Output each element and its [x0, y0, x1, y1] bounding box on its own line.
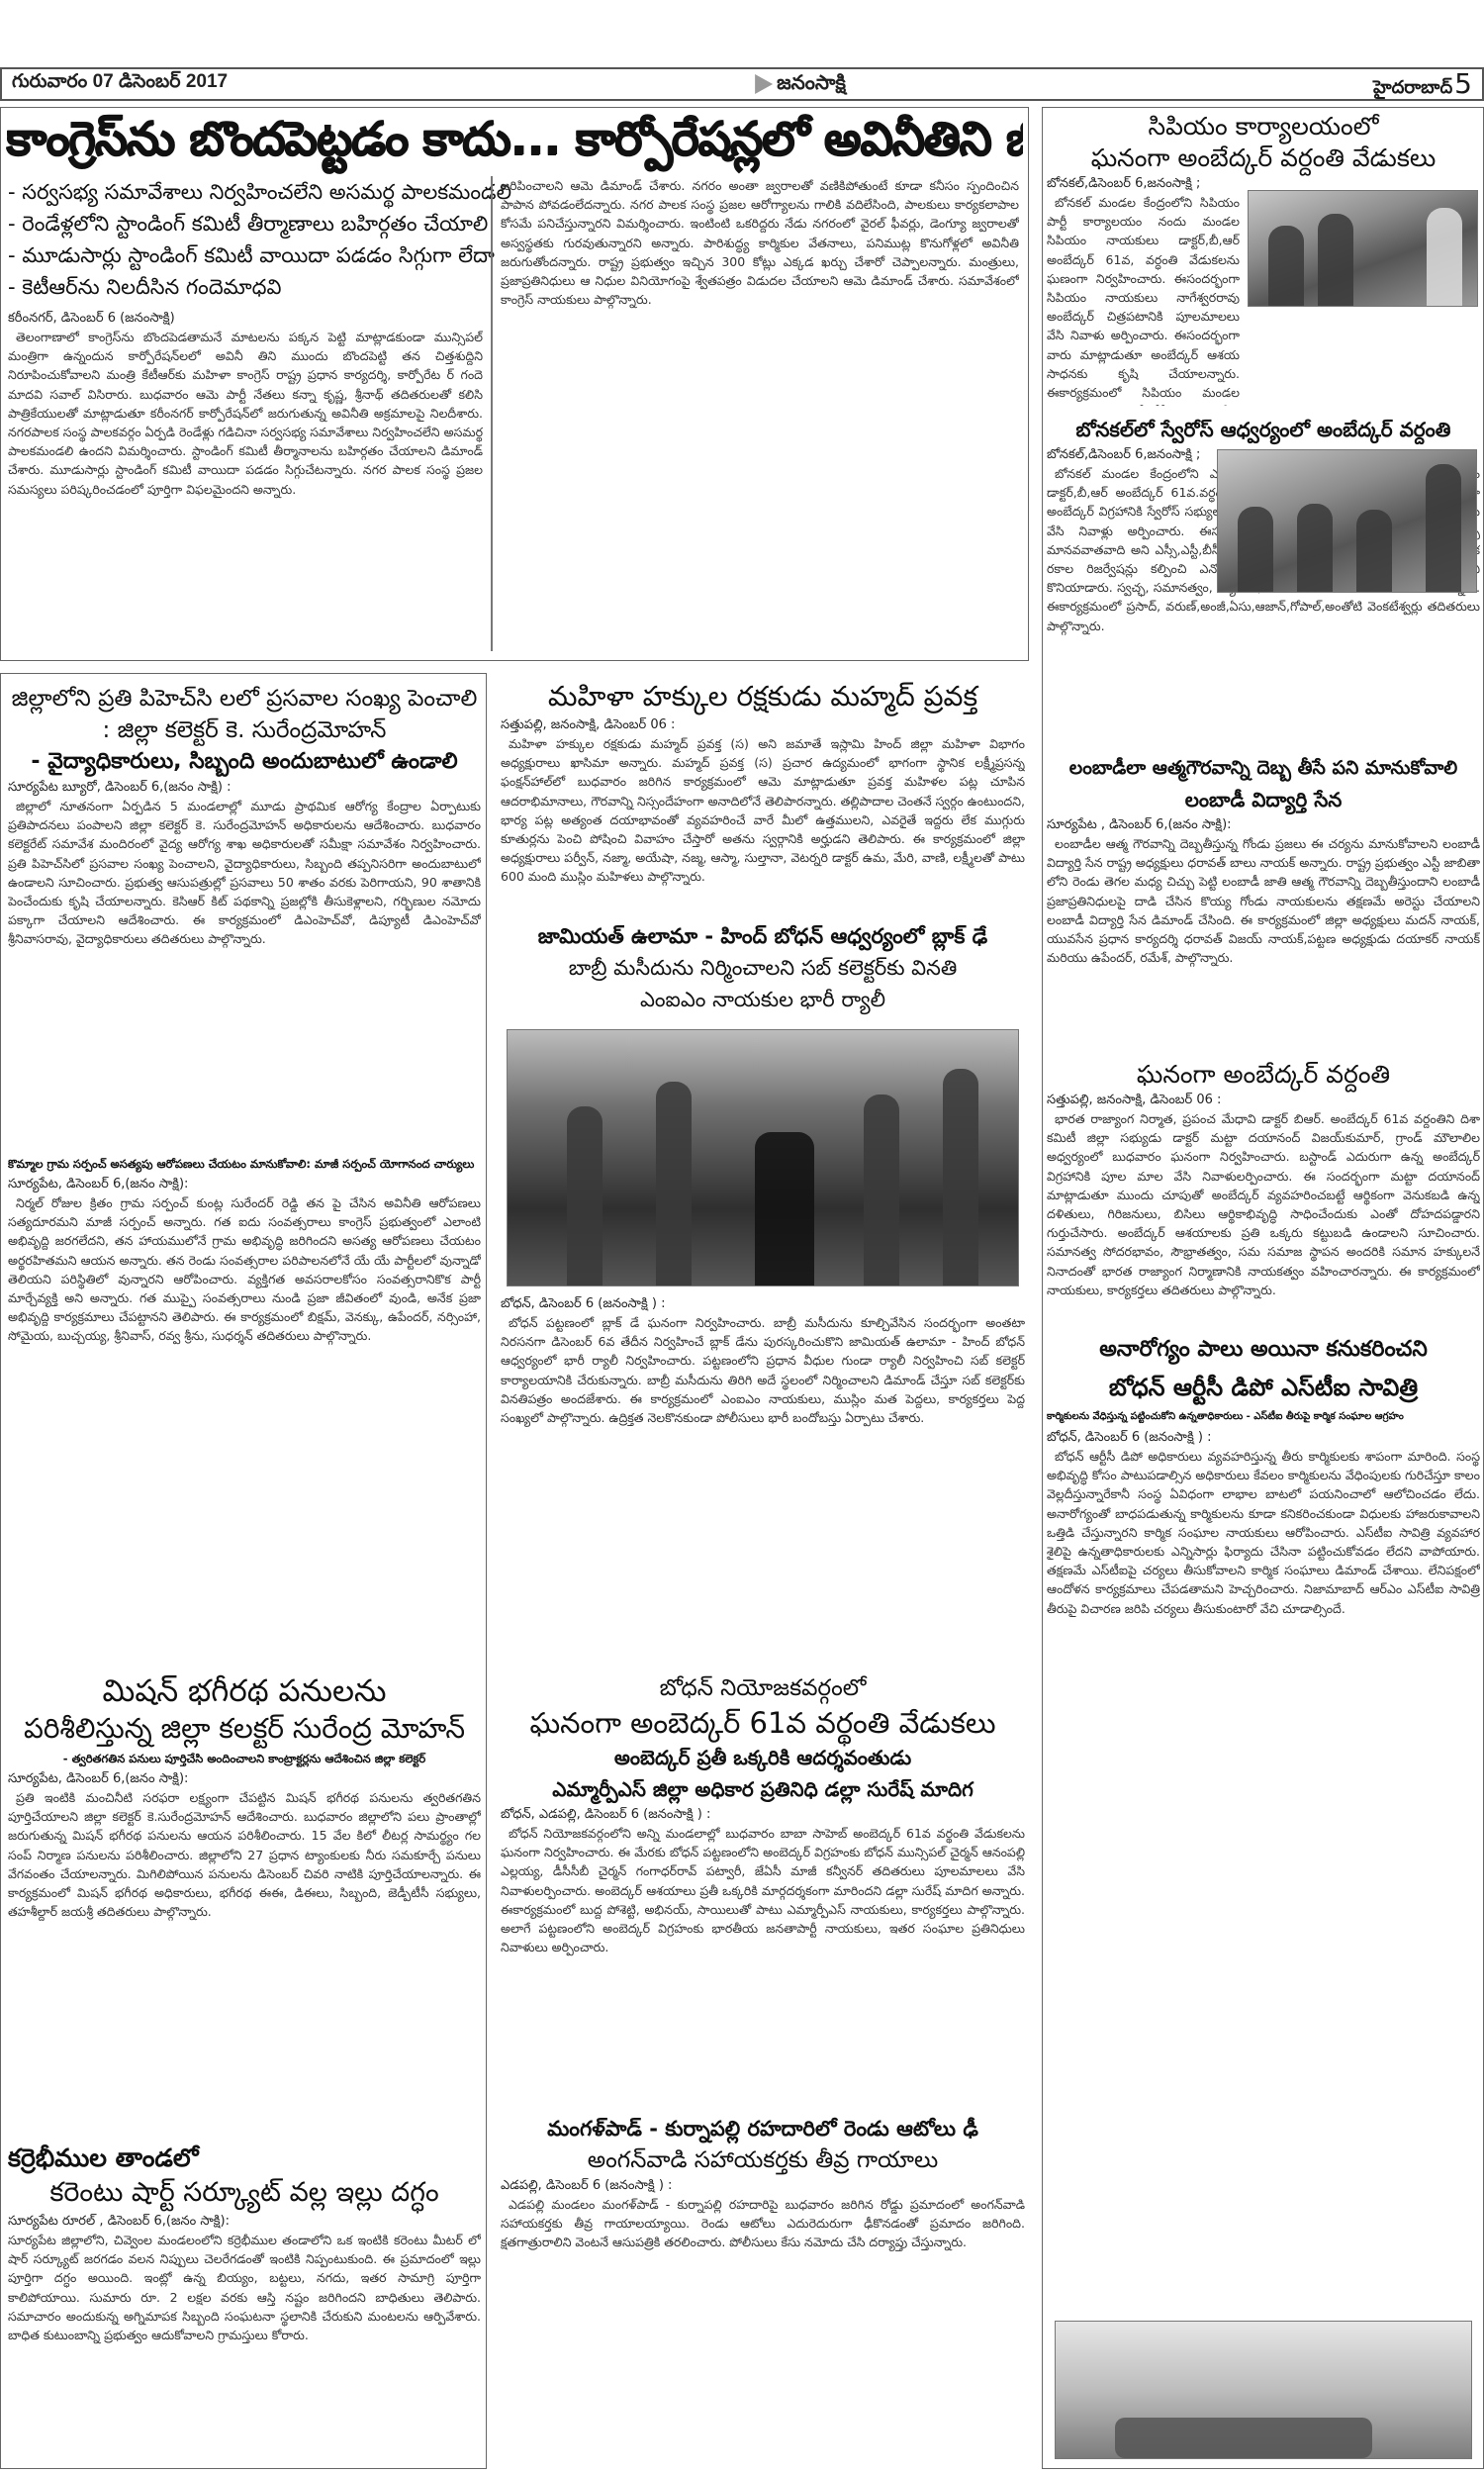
lead-sub-3: - మూడుసార్లు స్టాండింగ్ కమిటీ వాయిదా పడడ…: [8, 239, 483, 271]
page-header: గురువారం 07 డిసెంబర్ 2017 జనంసాక్షి హైదర…: [0, 67, 1484, 101]
bhagiratha-headline-2: పరిశీలిస్తున్న జిల్లా కలక్టర్ సురేంద్ర మ…: [8, 1710, 481, 1748]
column-rule: [491, 176, 493, 651]
swaeros-dateline: బోనకల్,డిసెంబర్ 6,జనంసాక్షి ;: [1047, 445, 1210, 464]
protester-figure: [656, 1082, 692, 1285]
rtc-body: బోధన్ ఆర్టీసీ డిపో అధికారులు వ్యవహరిస్తు…: [1047, 1447, 1480, 2278]
rtc-headline-2: బోధన్ ఆర్టీసీ డిపో ఎస్‌టీఐ సావిత్రి: [1047, 1369, 1480, 1406]
bhagiratha-dateline: సూర్యపేట, డిసెంబర్ 6,(జనం సాక్షి):: [8, 1769, 481, 1788]
lead-sub-1: - సర్వసభ్య సమావేశాలు నిర్వహించలేని అసమర్…: [8, 176, 483, 208]
lambadi-dateline: సూర్యపేట , డిసెంబర్ 6,(జనం సాక్షి):: [1047, 815, 1480, 834]
black-day-headline-2: బాబ్రీ మసీదును నిర్మించాలని సబ్ కలెక్టర్…: [501, 952, 1025, 984]
bodhan-ambedkar-body: బోధన్ నియోజకవర్గంలోని అన్ని మండలాల్లో బు…: [501, 1824, 1025, 2012]
lambadi-body: లంబాడీల ఆత్మ గౌరవాన్ని దెబ్బతీస్తున్న గో…: [1047, 834, 1480, 1047]
story-prophet: మహిళా హక్కుల రక్షకుడు మహ్మద్ ప్రవక్త సత్…: [501, 678, 1025, 915]
masthead-logo: జనంసాక్షి: [755, 70, 846, 99]
phc-headline-2: : జిల్లా కలెక్టర్ కె. సురేంద్రమోహన్: [8, 714, 481, 746]
ambedkar-dateline: సత్తుపల్లి, జనంసాక్షి, డిసెంబర్ 06 :: [1047, 1091, 1480, 1109]
sarpanch-dateline: సూర్యపేట, డిసెంబర్ 6,(జనం సాక్షి):: [8, 1175, 481, 1193]
story-ambedkar-sattupalli: ఘనంగా అంబేద్కర్ వర్దంతి సత్తుపల్లి, జనంస…: [1047, 1059, 1480, 1326]
hospital-photo: [1055, 2321, 1472, 2459]
phc-dateline: సూర్యపేట బ్యూరో, డిసెంబర్ 6,(జనం సాక్షి)…: [8, 778, 481, 797]
page-label: హైదరాబాద్5: [1373, 67, 1472, 102]
black-day-headline-1: జామియత్ ఉలామా - హింద్ బోధన్ ఆధ్వర్యంలో బ…: [501, 920, 1025, 952]
lambadi-headline-1: లంబాడీలా ఆత్మగౌరవాన్ని దెబ్బ తీసే పని మా…: [1047, 752, 1480, 784]
bodhan-ambedkar-dateline: బోధన్, ఎడపల్లి, డిసెంబర్ 6 (జనంసాక్షి ) …: [501, 1805, 1025, 1824]
person-figure: [1356, 510, 1392, 592]
person-figure: [1268, 226, 1304, 306]
rtc-headline-1: అనారోగ్యం పాలు అయినా కనుకరించని: [1047, 1331, 1480, 1369]
fire-headline-2: కరెంటు షార్ట్ సర్క్యూట్ వల్ల ఇల్లు దగ్ధం: [8, 2174, 481, 2212]
issue-date: గురువారం 07 డిసెంబర్ 2017: [12, 71, 228, 97]
phc-sub: - వైద్యాధికారులు, సిబ్బంది అందుబాటులో ఉం…: [8, 746, 481, 778]
protester-figure: [567, 1106, 603, 1285]
bhagiratha-body: ప్రతి ఇంటికి మంచినీటి సరఫరా లక్ష్యంగా చే…: [8, 1788, 481, 2115]
protester-figure: [943, 1069, 978, 1285]
cpm-headline-1: సిపియం కార్యాలయంలో: [1047, 111, 1480, 143]
lead-sub-2: - రెండేళ్లలోని స్టాండింగ్ కమిటీ తీర్మాణా…: [8, 208, 483, 239]
sarpanch-sub: కొమ్మాల గ్రామ సర్పంచ్ అసత్యపు ఆరోపణలు చే…: [8, 1153, 481, 1175]
story-lambadi: లంబాడీలా ఆత్మగౌరవాన్ని దెబ్బ తీసే పని మా…: [1047, 752, 1480, 1049]
story-rtc: అనారోగ్యం పాలు అయినా కనుకరించని బోధన్ ఆర…: [1047, 1331, 1480, 2469]
story-bhagiratha: మిషన్ భగీరథ పనులను పరిశీలిస్తున్న జిల్లా…: [8, 1672, 481, 2128]
story-swaeros: బోనకల్‌లో స్వేరోస్ ఆధ్వర్యంలో అంబేద్కర్ …: [1047, 414, 1480, 745]
story-cpm: సిపియం కార్యాలయంలో ఘనంగా అంబేద్కర్ వర్దం…: [1047, 111, 1480, 408]
accident-headline-2: అంగన్‌వాడి సహాయకర్తకు తీవ్ర గాయాలు: [501, 2144, 1025, 2176]
protester-figure: [755, 1132, 814, 1285]
logo-arrow-icon: [755, 74, 773, 94]
ambedkar-headline: ఘనంగా అంబేద్కర్ వర్దంతి: [1047, 1059, 1480, 1091]
bodhan-ambedkar-headline-1: బోధన్ నియోజకవర్గంలో: [501, 1672, 1025, 1704]
rtc-dateline: బోధన్, డిసెంబర్ 6 (జనంసాక్షి ) :: [1047, 1428, 1480, 1447]
fire-dateline: సూర్యపేట రూరల్ , డిసెంబర్ 6,(జనం సాక్షి)…: [8, 2212, 481, 2231]
city-edition: హైదరాబాద్: [1373, 77, 1452, 98]
bodhan-ambedkar-headline-2: ఘనంగా అంబెద్కర్ 61వ వర్థంతి వేడుకలు: [501, 1704, 1025, 1742]
phc-headline-1: జిల్లాలోని ప్రతి పిహెచ్‌సి లలో ప్రసవాల స…: [8, 683, 481, 714]
lead-body-left: తెలంగాణాలో కాంగ్రెస్‌ను బొందపెడతామనే మాట…: [8, 328, 483, 657]
person-figure: [1238, 507, 1273, 592]
story-phc: జిల్లాలోని ప్రతి పిహెచ్‌సి లలో ప్రసవాల స…: [8, 683, 481, 1148]
page-number: 5: [1454, 67, 1472, 100]
bodhan-ambedkar-headline-4: ఎమ్మార్పీఎస్ జిల్లా అధికార ప్రతినిధి డల్…: [501, 1773, 1025, 1805]
person-figure: [1427, 208, 1462, 306]
story-fire: కర్రెభీముల తాండలో కరెంటు షార్ట్ సర్క్యూట…: [8, 2142, 481, 2464]
cpm-headline-2: ఘనంగా అంబేద్కర్ వర్దంతి వేడుకలు: [1047, 143, 1480, 174]
story-black-day: జామియత్ ఉలామా - హింద్ బోధన్ ఆధ్వర్యంలో బ…: [501, 920, 1025, 1692]
black-day-body: బోధన్ పట్టణంలో బ్లాక్ డే ఘనంగా నిర్వహించ…: [501, 1313, 1025, 1669]
fire-headline-1: కర్రెభీముల తాండలో: [8, 2142, 481, 2174]
statue-figure: [1426, 464, 1461, 592]
rtc-sub: కార్మికులను వేధిస్తున్న పట్టించుకోని ఉన్…: [1047, 1406, 1480, 1428]
protester-figure: [864, 1095, 899, 1286]
accident-headline-1: మంగళ్‌పాడ్ - కుర్నాపల్లి రహదారిలో రెండు …: [501, 2113, 1025, 2144]
bodhan-ambedkar-headline-3: అంబెద్కర్ ప్రతీ ఒక్కరికి ఆదర్శవంతుడు: [501, 1742, 1025, 1773]
lead-body-right: జరిపించాలని ఆమె డిమాండ్ చేశారు. నగరం అంత…: [501, 176, 1019, 651]
lead-sub-4: - కెటీఆర్‌ను నిలదీసిన గందెమాధవి: [8, 271, 483, 303]
lead-story: కాంగ్రెస్‌ను బొందపెట్టడం కాదు... కార్పోర…: [6, 111, 1023, 657]
sarpanch-body: నిర్మల్ రోజుల క్రితం గ్రామ సర్పంచ్ కుంట్…: [8, 1193, 481, 1659]
lambadi-headline-2: లంబాడీ విద్యార్తి సేన: [1047, 784, 1480, 815]
logo-text: జనంసాక్షి: [777, 70, 846, 99]
swaeros-photo: [1217, 449, 1477, 593]
accident-dateline: ఎడపల్లి, డిసెంబర్ 6 (జనంసాక్షి ) :: [501, 2176, 1025, 2195]
person-figure: [1318, 214, 1353, 306]
black-day-headline-3: ఎంఐఎం నాయకుల భారీ ర్యాలీ: [501, 984, 1025, 1015]
person-figure: [1297, 504, 1333, 592]
prophet-dateline: సత్తుపల్లి, జనంసాక్షి, డిసెంబర్ 06 :: [501, 715, 1025, 734]
story-bodhan-ambedkar: బోధన్ నియోజకవర్గంలో ఘనంగా అంబెద్కర్ 61వ …: [501, 1672, 1025, 2039]
lead-dateline: కరీంనగర్, డిసెంబర్ 6 (జనంసాక్షి): [8, 309, 483, 328]
bhagiratha-headline-1: మిషన్ భగీరథ పనులను: [8, 1672, 481, 1710]
prophet-headline: మహిళా హక్కుల రక్షకుడు మహ్మద్ ప్రవక్త: [501, 678, 1025, 715]
rally-photo: [507, 1029, 1019, 1286]
phc-body: జిల్లాలో నూతనంగా ఏర్పడిన 5 మండలాల్లో మూడ…: [8, 797, 481, 1133]
accident-body: ఎడపల్లి మండలం మంగళ్‌పాడ్ - కుర్నాపల్లి ర…: [501, 2195, 1025, 2452]
bhagiratha-sub: - త్వరితగతిన పనులు పూర్తిచేసి అందించాలని…: [8, 1748, 481, 1769]
prophet-body: మహిళా హక్కుల రక్షకుడు మహ్మద్ ప్రవక్త (స)…: [501, 734, 1025, 907]
cpm-body: బోనకల్ మండల కేంద్రంలోని సిపియం పార్టీ కా…: [1047, 193, 1240, 406]
swaeros-headline: బోనకల్‌లో స్వేరోస్ ఆధ్వర్యంలో అంబేద్కర్ …: [1047, 414, 1480, 445]
fire-body: సూర్యపేట జిల్లాలోని, చివ్వెంల మండలంలోని …: [8, 2231, 481, 2448]
black-day-dateline: బోధన్, డిసెంబర్ 6 (జనంసాక్షి ) :: [501, 1294, 1025, 1313]
lead-headline: కాంగ్రెస్‌ను బొందపెట్టడం కాదు... కార్పోర…: [6, 111, 1023, 168]
patient-figure: [1115, 2418, 1372, 2458]
ambedkar-body: భారత రాజ్యాంగ నిర్మాత, ప్రపంచ మేధావి డాక…: [1047, 1109, 1480, 1322]
cpm-photo: [1248, 190, 1478, 307]
cpm-dateline: బోనకల్,డిసెంబర్ 6,జనంసాక్షి ;: [1047, 174, 1240, 193]
story-sarpanch: కొమ్మాల గ్రామ సర్పంచ్ అసత్యపు ఆరోపణలు చే…: [8, 1153, 481, 1667]
story-accident: మంగళ్‌పాడ్ - కుర్నాపల్లి రహదారిలో రెండు …: [501, 2113, 1025, 2469]
